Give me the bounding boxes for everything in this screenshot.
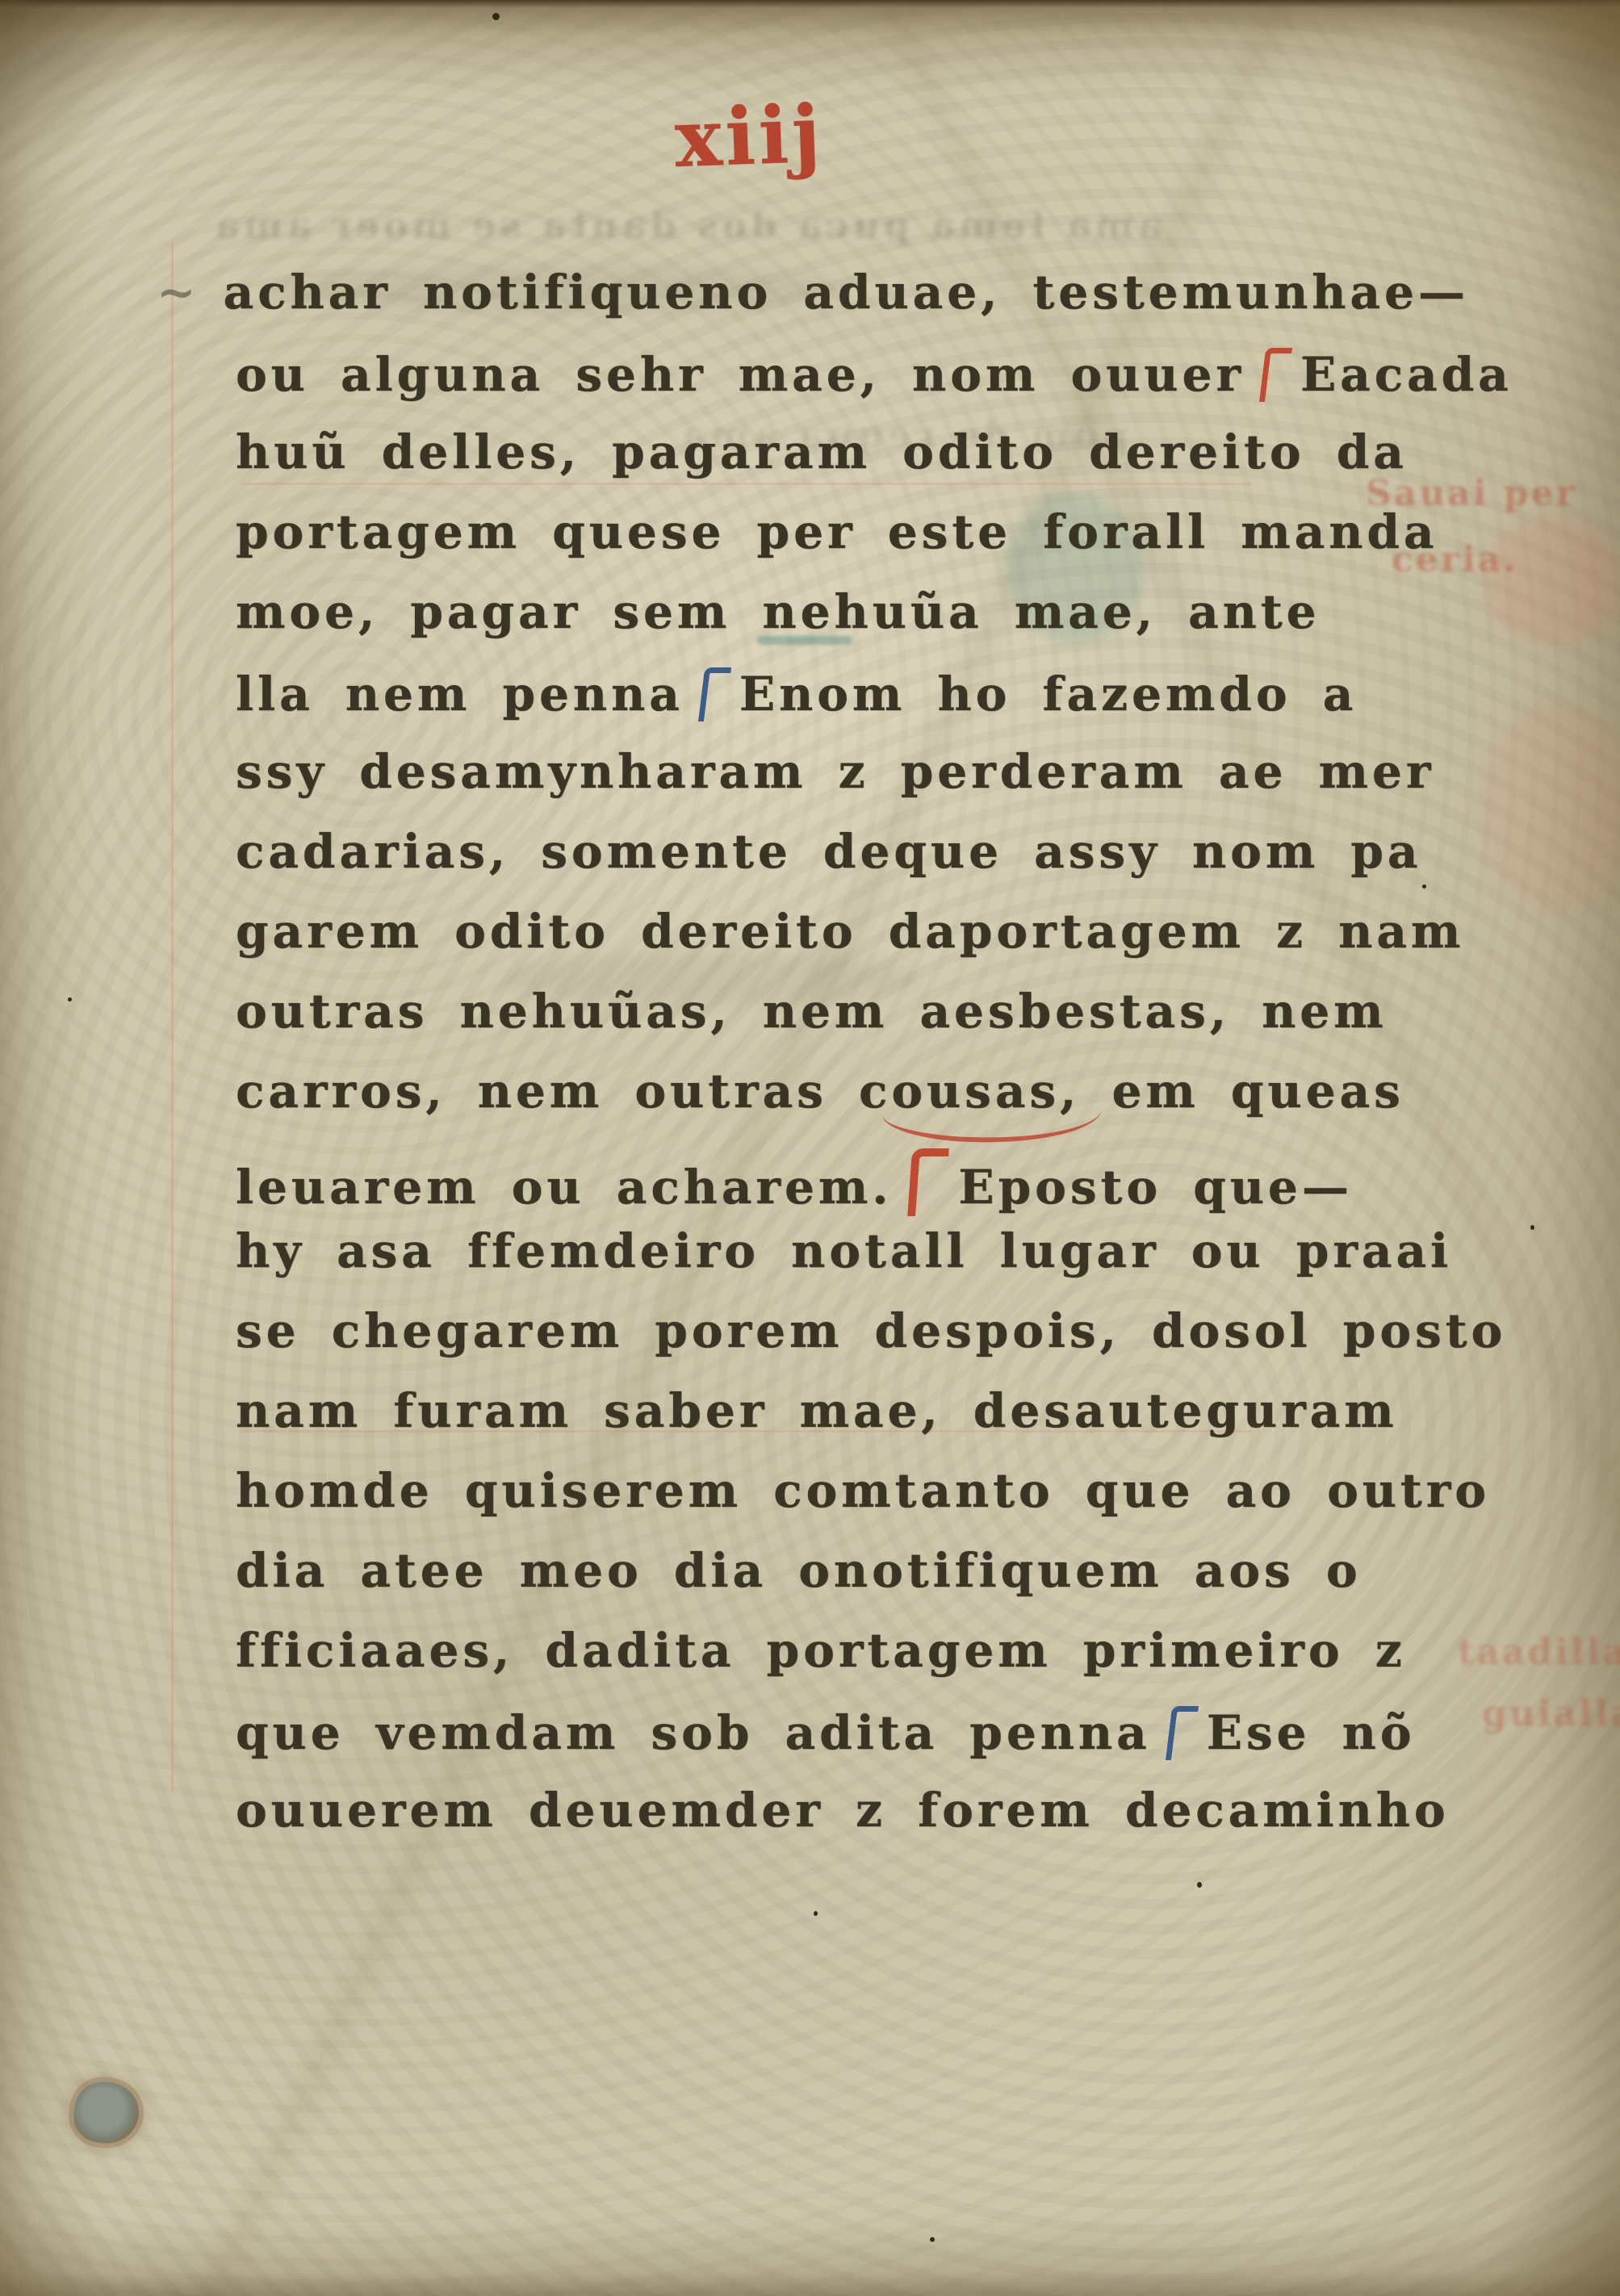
- capitulum-mark-red: [907, 1148, 949, 1216]
- text-segment: outras nehuũas, nem aesbestas, nem: [236, 984, 1388, 1039]
- capitulum-mark-red: [1259, 348, 1292, 402]
- ink-speck: [814, 1911, 818, 1916]
- manuscript-line: se chegarem porem despois, dosol posto: [236, 1295, 1463, 1375]
- manuscript-line: ssy desamynharam z perderam ae mer: [236, 736, 1463, 816]
- text-segment: nam furam saber mae, desauteguram: [236, 1383, 1398, 1438]
- text-segment: que vemdam sob adita penna: [236, 1705, 1151, 1760]
- text-segment: se chegarem porem despois, dosol posto: [236, 1303, 1506, 1358]
- manuscript-line: carros, nem outras cousas, em queas: [236, 1056, 1463, 1135]
- pink-bleed-stain: [1484, 516, 1620, 646]
- text-segment: leuarem ou acharem.: [236, 1160, 892, 1215]
- ink-speck: [1197, 1882, 1202, 1888]
- pink-bleed-stain: [1481, 702, 1620, 912]
- manuscript-line: dia atee meo dia onotifiquem aos o: [236, 1535, 1463, 1615]
- manuscript-line: cadarias, somente deque assy nom pa: [236, 816, 1463, 896]
- text-block: ~achar notifiqueno aduae, testemunhae—ou…: [236, 257, 1463, 1855]
- text-segment: Enom ho fazemdo a: [739, 667, 1357, 721]
- ink-speck: [1530, 1225, 1534, 1230]
- manuscript-line: nam furam saber mae, desauteguram: [236, 1375, 1463, 1455]
- manuscript-line: hy asa ffemdeiro notall lugar ou praai: [236, 1215, 1463, 1295]
- folio-number: xiij: [673, 88, 825, 186]
- margin-rule-line: [171, 242, 174, 1792]
- manuscript-line: que vemdam sob adita pennaEse nõ: [236, 1695, 1463, 1775]
- text-segment: portagem quese per este forall manda: [236, 504, 1438, 559]
- text-segment: achar notifiqueno aduae, testemunhae—: [224, 265, 1469, 320]
- manuscript-line: leuarem ou acharem.Eposto que—: [236, 1135, 1463, 1215]
- text-segment: huũ delles, pagaram odito dereito da: [236, 424, 1408, 479]
- manuscript-line: moe, pagar sem nehuũa mae, ante: [236, 576, 1463, 656]
- manuscript-line: fficiaaes, dadita portagem primeiro z: [236, 1615, 1463, 1695]
- ink-speck: [492, 13, 500, 20]
- text-segment: ssy desamynharam z perderam ae mer: [236, 744, 1434, 799]
- text-segment: Eacada: [1300, 347, 1513, 402]
- capitulum-mark-blue: [1166, 1706, 1199, 1760]
- ink-speck: [930, 2237, 935, 2242]
- manuscript-line: huũ delles, pagaram odito dereito da: [236, 416, 1463, 496]
- manuscript-line: ~achar notifiqueno aduae, testemunhae—: [236, 257, 1463, 337]
- text-segment: fficiaaes, dadita portagem primeiro z: [236, 1623, 1406, 1678]
- manuscript-line: homde quiserem comtanto que ao outro: [236, 1455, 1463, 1535]
- text-segment: garem odito dereito daportagem z nam: [236, 904, 1464, 959]
- text-segment: Ese nõ: [1207, 1705, 1416, 1760]
- text-segment: dia atee meo dia onotifiquem aos o: [236, 1543, 1362, 1598]
- showthrough-rubric: taadilla: [1458, 1632, 1620, 1673]
- text-segment: moe, pagar sem nehuũa mae, ante: [236, 584, 1321, 639]
- parchment-hole: [70, 2078, 143, 2148]
- manuscript-line: ouuerem deuemder z forem decaminho: [236, 1775, 1463, 1855]
- ink-speck: [68, 997, 72, 1002]
- manuscript-line: outras nehuũas, nem aesbestas, nem: [236, 976, 1463, 1056]
- text-segment: ou alguna sehr mae, nom ouuer: [236, 347, 1245, 402]
- text-segment: hy asa ffemdeiro notall lugar ou praai: [236, 1223, 1452, 1278]
- manuscript-line: garem odito dereito daportagem z nam: [236, 896, 1463, 976]
- manuscript-line: ou alguna sehr mae, nom ouuerEacada: [236, 337, 1463, 416]
- manuscript-line: lla nem pennaEnom ho fazemdo a: [236, 656, 1463, 736]
- margin-flourish: ~: [157, 265, 196, 320]
- text-segment: carros, nem outras cousas, em queas: [236, 1064, 1404, 1119]
- text-segment: lla nem penna: [236, 667, 684, 721]
- capitulum-mark-blue: [698, 667, 731, 721]
- showthrough-text-line: ama fema puca dos danta se moer ama: [211, 203, 1162, 247]
- manuscript-line: portagem quese per este forall manda: [236, 496, 1463, 576]
- parchment-page: ama fema puca dos danta se moer ama pom …: [0, 0, 1620, 2296]
- showthrough-rubric: guialla: [1482, 1693, 1620, 1734]
- text-segment: ouuerem deuemder z forem decaminho: [236, 1783, 1450, 1838]
- text-segment: Eposto que—: [958, 1160, 1352, 1215]
- text-segment: cadarias, somente deque assy nom pa: [236, 824, 1422, 879]
- text-segment: homde quiserem comtanto que ao outro: [236, 1463, 1490, 1518]
